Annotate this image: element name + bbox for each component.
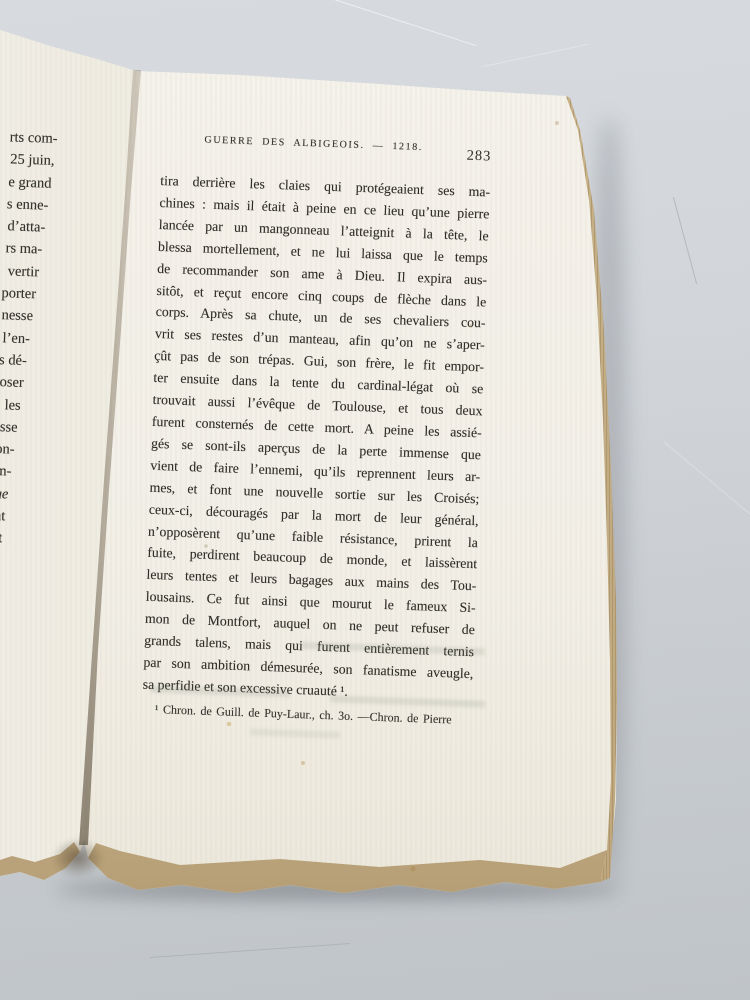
left-page-text-fragment: on- <box>0 436 15 461</box>
left-page-text-fragment: vertir <box>0 258 40 284</box>
left-page-text-fragment: et <box>0 525 3 550</box>
left-page-text-fragment: ue <box>0 480 9 505</box>
left-page-text-fragment: 25 juin, <box>0 146 55 172</box>
left-page-text-fragment: porter <box>0 280 36 306</box>
left-page-text-fragment: nt <box>0 503 6 528</box>
book-photo: rts com-25 juin,e grands enne-d’atta-rs … <box>0 0 750 1000</box>
background-scratch <box>664 442 750 520</box>
background-scratch <box>673 197 697 284</box>
left-page-text-fragment: d’atta- <box>0 213 46 239</box>
background-scratch <box>334 0 477 46</box>
left-page-text-fragment: rts com- <box>0 124 58 150</box>
left-page-text-fragment: les <box>0 391 21 416</box>
left-page-text-fragments: rts com-25 juin,e grands enne-d’atta-rs … <box>0 124 58 574</box>
left-page-text-fragment: e grand <box>0 168 52 194</box>
body-text: tira derrière les claies qui protégeaien… <box>142 170 490 707</box>
left-page-text-fragment: s enne- <box>0 191 49 217</box>
background-scratch <box>150 943 350 958</box>
left-page-text-fragment: s dé- <box>0 347 27 373</box>
left-page-text-fragment: l’en- <box>0 324 30 350</box>
right-page-text: GUERRE DES ALBIGEOIS. — 1218. 283 tira d… <box>142 133 492 728</box>
gutter-bottom-shadow <box>52 838 104 878</box>
left-page-text-fragment: nesse <box>0 302 33 328</box>
background-scratch <box>481 44 589 68</box>
left-page-text-fragment: rs ma- <box>0 235 43 261</box>
left-page-text-fragment: oser <box>0 369 24 395</box>
left-page-text-fragment: m- <box>0 458 12 483</box>
page-number: 283 <box>466 148 491 166</box>
paper-specks <box>0 0 2 2</box>
left-page-text-fragment: esse <box>0 414 18 439</box>
